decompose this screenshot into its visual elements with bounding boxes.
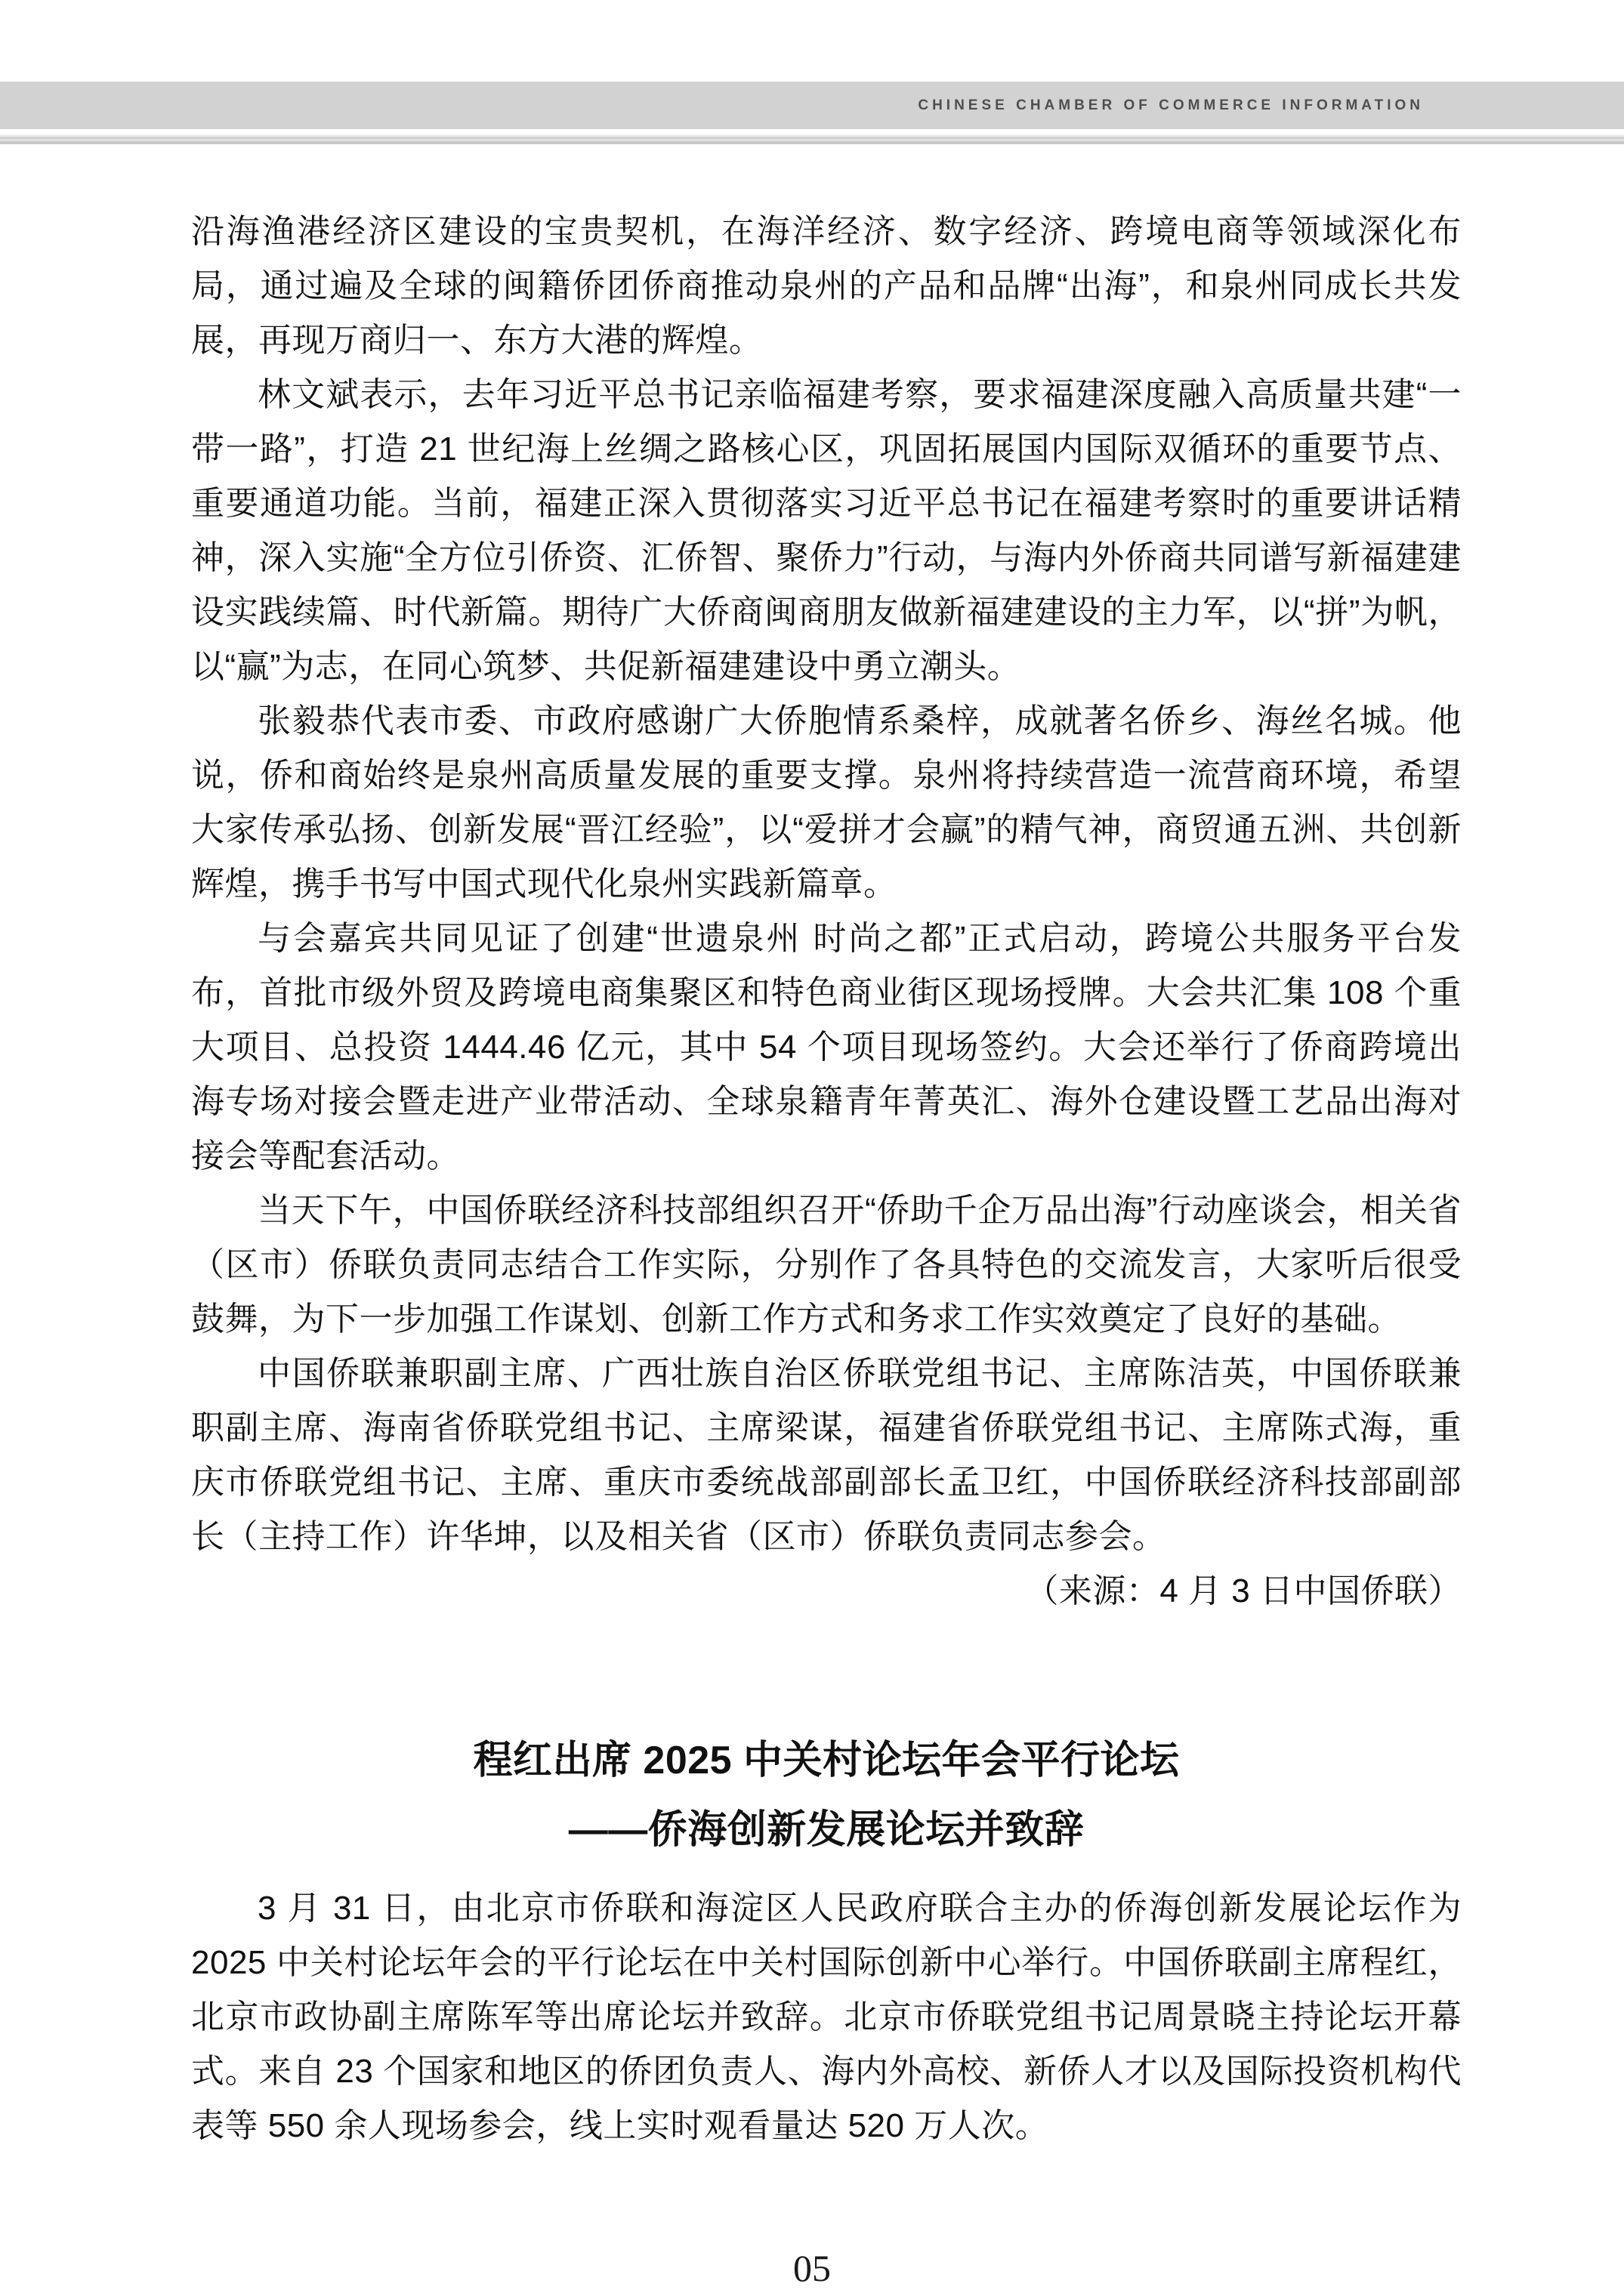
article1-source-note: （来源：4 月 3 日中国侨联） [959,1564,1462,1619]
article1-paragraph-5: 当天下午，中国侨联经济科技部组织召开“侨助千企万品出海”行动座谈会，相关省（区市… [191,1184,1462,1347]
article-qiaoshang-summit: 沿海渔港经济区建设的宝贵契机，在海洋经济、数字经济、跨境电商等领域深化布局，通过… [191,205,1462,1619]
article1-paragraph-1: 沿海渔港经济区建设的宝贵契机，在海洋经济、数字经济、跨境电商等领域深化布局，通过… [191,205,1462,368]
header-rule-divider [0,134,1624,144]
article-chenghong-forum: 程红出席 2025 中关村论坛年会平行论坛 ——侨海创新发展论坛并致辞 3 月 … [191,1726,1462,2153]
article1-paragraph-6: 中国侨联兼职副主席、广西壮族自治区侨联党组书记、主席陈洁英，中国侨联兼职副主席、… [191,1347,1462,1619]
page: CHINESE CHAMBER OF COMMERCE INFORMATION … [0,82,1624,2291]
article1-paragraph-2: 林文斌表示，去年习近平总书记亲临福建考察，要求福建深度融入高质量共建“一带一路”… [191,368,1462,694]
header-banner: CHINESE CHAMBER OF COMMERCE INFORMATION [0,82,1624,129]
article1-paragraph-6-text: 中国侨联兼职副主席、广西壮族自治区侨联党组书记、主席陈洁英，中国侨联兼职副主席、… [191,1355,1462,1555]
page-number: 05 [0,2245,1624,2291]
page-content: 沿海渔港经济区建设的宝贵契机，在海洋经济、数字经济、跨境电商等领域深化布局，通过… [191,205,1462,2153]
page-footer: 05 [0,2245,1624,2291]
article2-title-line1: 程红出席 2025 中关村论坛年会平行论坛 [191,1726,1462,1795]
article2-title: 程红出席 2025 中关村论坛年会平行论坛 ——侨海创新发展论坛并致辞 [191,1726,1462,1865]
article1-paragraph-3: 张毅恭代表市委、市政府感谢广大侨胞情系桑梓，成就著名侨乡、海丝名城。他说，侨和商… [191,694,1462,912]
header-banner-text: CHINESE CHAMBER OF COMMERCE INFORMATION [918,97,1424,114]
page-header: CHINESE CHAMBER OF COMMERCE INFORMATION [0,82,1624,144]
article2-paragraph-1: 3 月 31 日，由北京市侨联和海淀区人民政府联合主办的侨海创新发展论坛作为 2… [191,1881,1462,2153]
article2-title-line2: ——侨海创新发展论坛并致辞 [191,1795,1462,1865]
article1-paragraph-4: 与会嘉宾共同见证了创建“世遗泉州 时尚之都”正式启动，跨境公共服务平台发布，首批… [191,912,1462,1184]
